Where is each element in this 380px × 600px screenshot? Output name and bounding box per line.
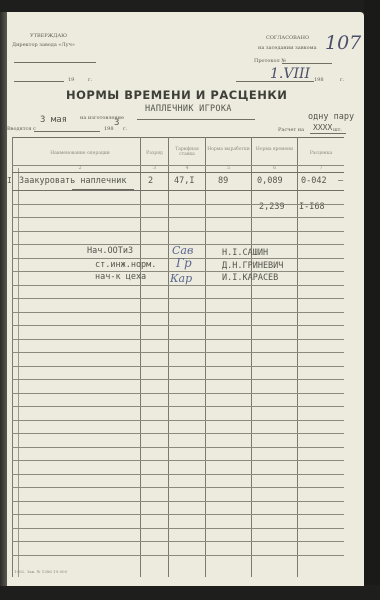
col-header-price: Расценка: [298, 151, 344, 156]
manufacture-line: [137, 119, 255, 120]
table-top-border: [12, 137, 344, 138]
col-divider-2: [168, 137, 169, 577]
signature-position-3: нач-к цеха: [95, 272, 146, 282]
ruled-line: [12, 406, 344, 407]
col-header-grade: Разряд: [141, 151, 168, 156]
ruled-line: [12, 433, 344, 434]
row-divider-main: [12, 190, 344, 191]
ruled-line: [12, 298, 344, 299]
signature-name-2: Д.Н.ГРИНЕВИЧ: [222, 261, 283, 271]
cell-price: 0-042: [301, 176, 327, 186]
ruled-line: [12, 514, 344, 515]
director-label: Директор завода «Луч»: [12, 42, 75, 48]
col-num-5: 5: [206, 166, 251, 171]
year-left: 19: [68, 77, 74, 83]
col-num-divider: [12, 172, 344, 173]
date-line-left: [14, 81, 64, 82]
effective-year: 3: [114, 118, 119, 128]
row-dash: —: [338, 176, 343, 186]
ruled-line: [12, 460, 344, 461]
print-info: 1982. Зак. № 1386 19.000: [14, 569, 67, 574]
table-left-border: [12, 137, 13, 577]
calc-line: [310, 133, 346, 134]
ruled-line: [12, 420, 344, 421]
ruled-line: [12, 352, 344, 353]
committee-label: на заседании завкома: [258, 45, 317, 51]
col-num-3: 3: [141, 166, 168, 171]
handwritten-signature-2: Гр: [176, 256, 192, 270]
signature-position-1: Нач.ООТиЗ: [87, 246, 133, 256]
col-divider-5: [297, 137, 298, 577]
scan-top-border: [0, 0, 380, 12]
ruled-line: [12, 312, 344, 313]
year-right: 198: [314, 77, 324, 83]
year-suffix-left: г.: [88, 77, 92, 83]
col-header-time-norm: Норма времени: [252, 147, 297, 152]
col-num-4: 4: [169, 166, 205, 171]
col-num-7: 7: [298, 166, 344, 171]
effective-label: Вводятся с: [7, 126, 36, 132]
binding-spine: [0, 12, 7, 586]
cell-operation: Заакуровать наплечник: [19, 176, 126, 186]
ruled-line: [12, 501, 344, 502]
scan-bottom-border: [0, 585, 380, 600]
cell-output-norm: 89: [218, 176, 228, 186]
quantity-text: одну пару: [308, 112, 354, 122]
scan-right-border: [364, 0, 380, 600]
ruled-line: [12, 555, 344, 556]
col-divider-1: [140, 137, 141, 577]
date-handwritten: 1.VIII: [270, 66, 310, 82]
signature-name-3: И.I.КАРАСЕВ: [222, 273, 278, 283]
ruled-line: [12, 474, 344, 475]
ruled-line: [12, 541, 344, 542]
ruled-line: [12, 339, 344, 340]
row-number-column-border: [18, 168, 19, 577]
agreed-label: СОГЛАСОВАНО: [266, 35, 309, 41]
cell-rate: 47,I: [174, 176, 194, 186]
ruled-line: [12, 204, 344, 205]
cell-grade: 2: [148, 176, 153, 186]
ruled-line: [12, 325, 344, 326]
row-number: I: [7, 176, 12, 185]
page-number-handwritten: 107: [325, 32, 361, 54]
ruled-line: [12, 447, 344, 448]
col-divider-4: [251, 137, 252, 577]
ruled-line: [12, 528, 344, 529]
manufacture-item: НАПЛЕЧНИК ИГРОКА: [145, 104, 232, 114]
effective-date: 3 мая: [40, 115, 67, 125]
approve-label: УТВЕРЖДАЮ: [30, 33, 67, 39]
ruled-line: [12, 285, 344, 286]
handwritten-signature-3: Кар: [170, 272, 192, 285]
ruled-line: [12, 393, 344, 394]
signature-line-left: [14, 62, 96, 63]
col-header-operation: Наименование операции: [20, 151, 140, 156]
effective-year-prefix: 198: [104, 126, 114, 132]
ruled-line: [12, 231, 344, 232]
ruled-line: [12, 366, 344, 367]
calc-label: Расчет на: [278, 127, 304, 133]
signature-name-1: Н.I.САШИН: [222, 248, 268, 258]
year-suffix-right: г.: [340, 77, 344, 83]
col-num-6: 6: [252, 166, 297, 171]
ruled-line: [12, 217, 344, 218]
protocol-line: [282, 63, 332, 64]
signature-position-2: ст.инж.норм.: [95, 260, 156, 270]
page-title: НОРМЫ ВРЕМЕНИ И РАСЦЕНКИ: [66, 88, 287, 102]
col-header-rate: Тарифная ставка: [169, 147, 205, 157]
ruled-line: [12, 379, 344, 380]
col-header-output-norm: Норма выработки: [206, 147, 251, 152]
cell-time-norm: 0,089: [257, 176, 283, 186]
col-divider-3: [205, 137, 206, 577]
col-num-2: 2: [20, 166, 140, 171]
calc-value: ХХХХ: [313, 123, 332, 132]
effective-date-line: [34, 131, 100, 132]
ruled-line: [12, 487, 344, 488]
effective-year-suffix: г.: [123, 126, 127, 132]
